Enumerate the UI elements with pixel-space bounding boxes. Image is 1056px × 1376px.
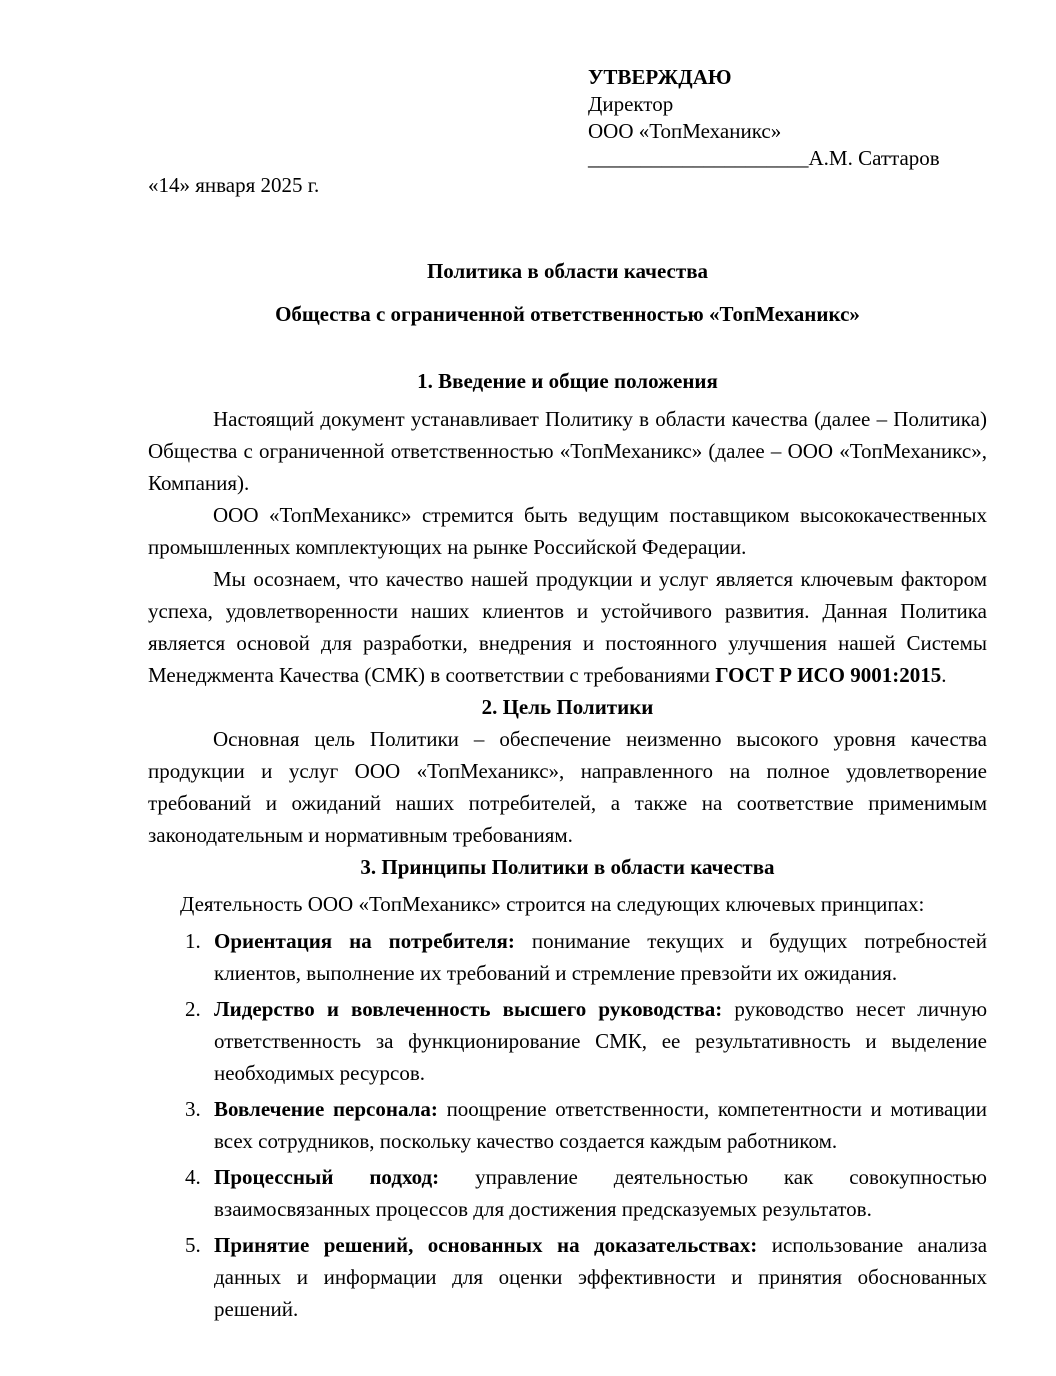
section-heading-principles: 3. Принципы Политики в области качества <box>148 851 987 883</box>
approval-company: ООО «ТопМеханикс» <box>588 118 987 145</box>
list-item-number: 5. <box>185 1229 201 1261</box>
section-heading-goal: 2. Цель Политики <box>148 691 987 723</box>
document-subtitle: Общества с ограниченной ответственностью… <box>148 298 987 330</box>
list-item-label: Процессный подход: <box>214 1165 439 1189</box>
paragraph-intro-3-tail: . <box>941 663 946 687</box>
list-item-label: Лидерство и вовлеченность высшего руково… <box>214 997 722 1021</box>
list-item-label: Принятие решений, основанных на доказате… <box>214 1233 757 1257</box>
list-item: 1.Ориентация на потребителя: понимание т… <box>148 925 987 989</box>
date-line: «14» января 2025 г. <box>148 172 987 199</box>
list-item-number: 2. <box>185 993 201 1025</box>
list-item-number: 1. <box>185 925 201 957</box>
document-title: Политика в области качества <box>148 255 987 287</box>
list-item-label: Вовлечение персонала: <box>214 1097 438 1121</box>
approval-role: Директор <box>588 91 987 118</box>
document-page: УТВЕРЖДАЮ Директор ООО «ТопМеханикс» ___… <box>0 0 1056 1376</box>
paragraph-intro-1: Настоящий документ устанавливает Политик… <box>148 403 987 499</box>
paragraph-goal-1: Основная цель Политики – обеспечение неи… <box>148 723 987 851</box>
paragraph-intro-2: ООО «ТопМеханикс» стремится быть ведущим… <box>148 499 987 563</box>
list-item-number: 4. <box>185 1161 201 1193</box>
gost-standard-reference: ГОСТ Р ИСО 9001:2015 <box>715 663 941 687</box>
list-item-number: 3. <box>185 1093 201 1125</box>
signature-line: _____________________ <box>588 146 809 170</box>
section-heading-introduction: 1. Введение и общие положения <box>148 365 987 397</box>
list-item: 5.Принятие решений, основанных на доказа… <box>148 1229 987 1325</box>
signatory-name: А.М. Саттаров <box>809 146 940 170</box>
list-item: 2.Лидерство и вовлеченность высшего руко… <box>148 993 987 1089</box>
list-item-label: Ориентация на потребителя: <box>214 929 515 953</box>
paragraph-intro-3: Мы осознаем, что качество нашей продукци… <box>148 563 987 691</box>
signature-row: _____________________А.М. Саттаров <box>588 145 987 172</box>
principles-list: 1.Ориентация на потребителя: понимание т… <box>148 925 987 1325</box>
list-item: 4.Процессный подход: управление деятельн… <box>148 1161 987 1225</box>
approval-block: УТВЕРЖДАЮ Директор ООО «ТопМеханикс» ___… <box>588 64 987 172</box>
principles-intro: Деятельность ООО «ТопМеханикс» строится … <box>148 888 987 920</box>
approval-stamp: УТВЕРЖДАЮ <box>588 64 987 91</box>
list-item: 3.Вовлечение персонала: поощрение ответс… <box>148 1093 987 1157</box>
